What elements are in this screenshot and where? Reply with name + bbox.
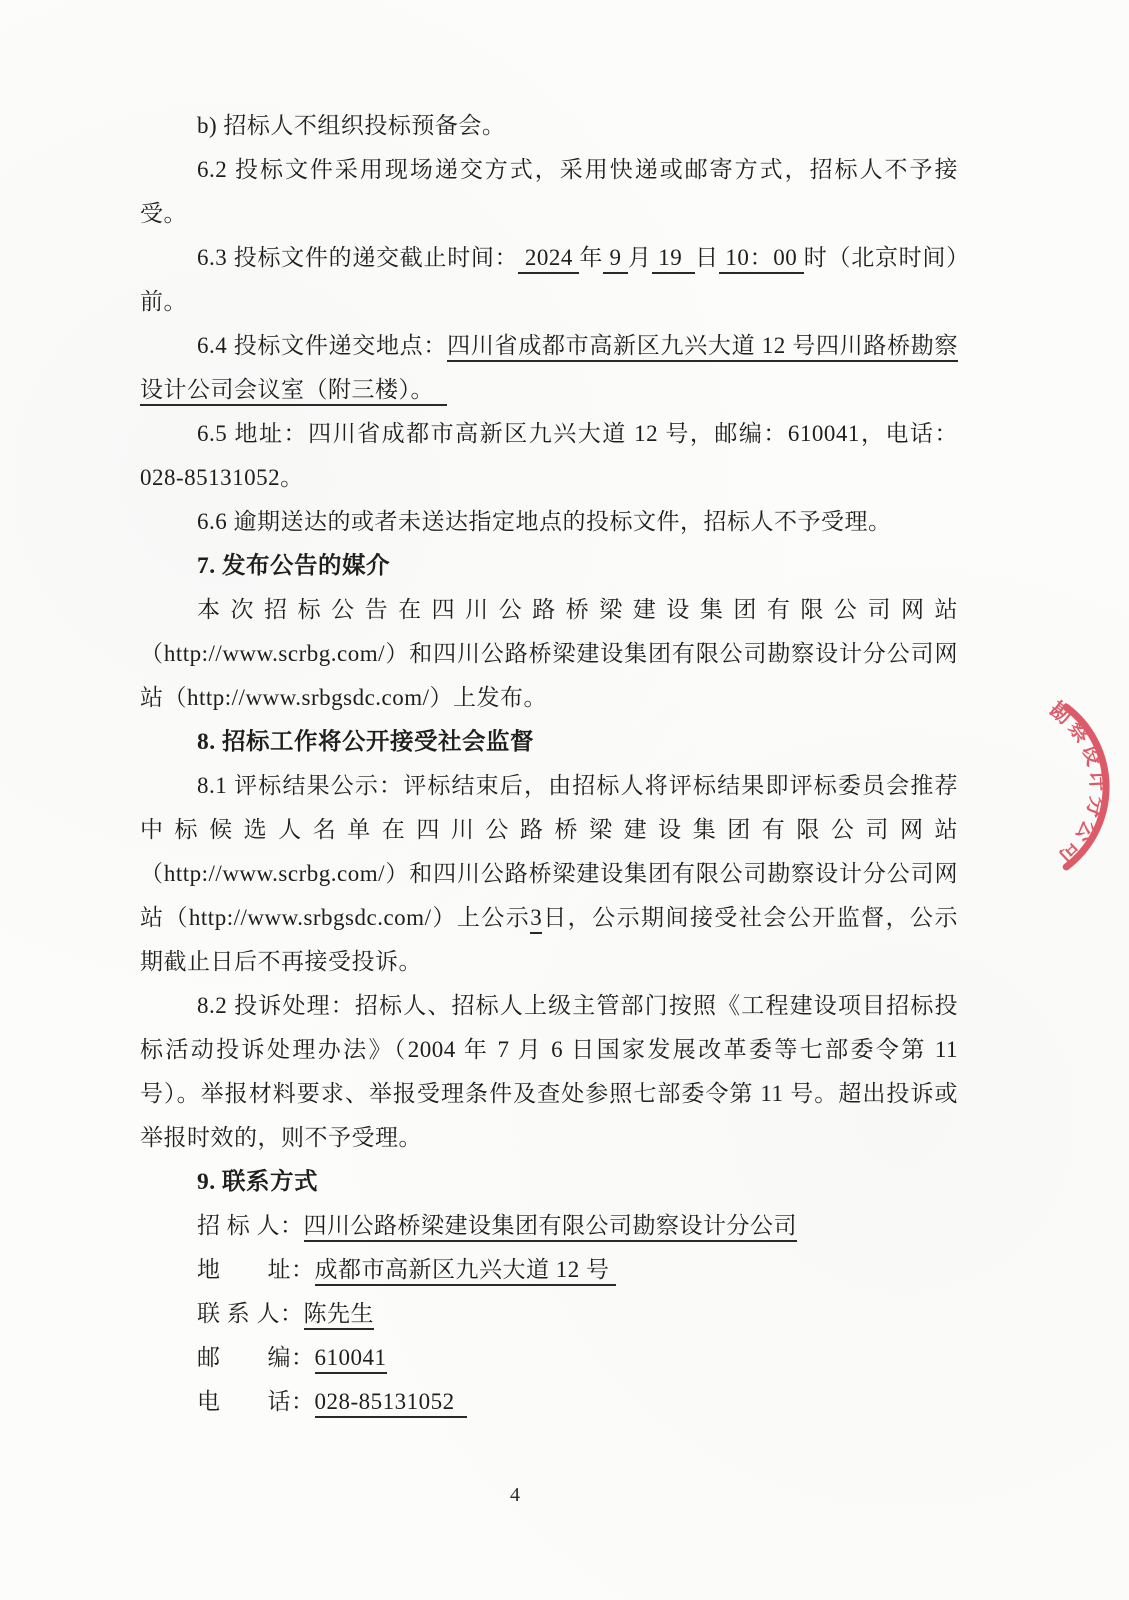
clause-7-body: 本次招标公告在四川公路桥梁建设集团有限公司网站（http://www.scrbg… (140, 588, 958, 720)
document-page: { "page_number": "4", "seal": { "text": … (0, 0, 1129, 1600)
section-9-heading: 9. 联系方式 (140, 1160, 958, 1204)
page-number: 4 (460, 1484, 570, 1507)
text-run: 9. 联系方式 (197, 1169, 318, 1195)
contact-address: 地 址：成都市高新区九兴大道 12 号 (197, 1248, 958, 1292)
text-run: 年 (579, 245, 603, 270)
section-7-heading: 7. 发布公告的媒介 (140, 544, 958, 588)
clause-6-4: 6.4 投标文件递交地点：四川省成都市高新区九兴大道 12 号四川路桥勘察设计公… (140, 324, 958, 412)
contact-label: 电 话： (197, 1389, 315, 1414)
contact-phone: 电 话：028-85131052 (197, 1380, 958, 1424)
underlined-text: 2024 (518, 245, 579, 274)
seal-border-arc (1066, 707, 1106, 867)
text-run: 月 (628, 245, 652, 270)
seal-text: 勘察设计分公司 (1045, 697, 1110, 871)
clause-6-6: 6.6 逾期送达的或者未送达指定地点的投标文件，招标人不予受理。 (140, 500, 958, 544)
text-run: b) 招标人不组织投标预备会。 (197, 113, 505, 138)
underlined-text: 19 (652, 245, 695, 274)
contact-value: 四川公路桥梁建设集团有限公司勘察设计分公司 (304, 1213, 798, 1242)
contact-value: 028-85131052 (315, 1389, 468, 1418)
text-run: 6.4 投标文件递交地点： (197, 333, 447, 358)
company-seal-stamp: 勘察设计分公司 (995, 635, 1129, 945)
document-body: b) 招标人不组织投标预备会。6.2 投标文件采用现场递交方式，采用快递或邮寄方… (140, 104, 958, 1424)
underlined-text: 9 (603, 245, 628, 274)
contact-value: 成都市高新区九兴大道 12 号 (315, 1257, 616, 1286)
clause-6-5: 6.5 地址：四川省成都市高新区九兴大道 12 号，邮编：610041，电话：0… (140, 412, 958, 500)
clause-8-2: 8.2 投诉处理：招标人、招标人上级主管部门按照《工程建设项目招标投标活动投诉处… (140, 984, 958, 1160)
contact-value: 陈先生 (304, 1301, 375, 1330)
clause-8-1: 8.1 评标结果公示：评标结束后，由招标人将评标结果即评标委员会推荐中标候选人名… (140, 764, 958, 984)
contact-tenderer: 招 标 人：四川公路桥梁建设集团有限公司勘察设计分公司 (197, 1204, 958, 1248)
contact-person: 联 系 人：陈先生 (197, 1292, 958, 1336)
text-run: 6.2 投标文件采用现场递交方式，采用快递或邮寄方式，招标人不予接受。 (140, 157, 958, 226)
text-run: 8. 招标工作将公开接受社会监督 (197, 729, 534, 755)
contact-label: 邮 编： (197, 1345, 315, 1370)
text-run: 6.3 投标文件的递交截止时间： (197, 245, 518, 270)
contact-label: 联 系 人： (197, 1301, 304, 1326)
clause-6-3: 6.3 投标文件的递交截止时间： 2024 年 9 月 19 日 10：00 时… (140, 236, 958, 324)
clause-6-1-b: b) 招标人不组织投标预备会。 (140, 104, 958, 148)
contact-postcode: 邮 编：610041 (197, 1336, 958, 1380)
section-8-heading: 8. 招标工作将公开接受社会监督 (140, 720, 958, 764)
text-run: 6.5 地址：四川省成都市高新区九兴大道 12 号，邮编：610041，电话：0… (140, 421, 958, 490)
underlined-text: 3 (530, 905, 542, 934)
text-run: 本次招标公告在四川公路桥梁建设集团有限公司网站（http://www.scrbg… (140, 597, 958, 710)
underlined-text: 10：00 (719, 245, 804, 274)
contact-value: 610041 (315, 1345, 387, 1374)
clause-6-2: 6.2 投标文件采用现场递交方式，采用快递或邮寄方式，招标人不予接受。 (140, 148, 958, 236)
text-run: 7. 发布公告的媒介 (197, 553, 390, 579)
contact-label: 招 标 人： (197, 1213, 304, 1238)
text-run: 8.2 投诉处理：招标人、招标人上级主管部门按照《工程建设项目招标投标活动投诉处… (140, 993, 958, 1150)
text-run: 日 (695, 245, 719, 270)
contact-label: 地 址： (197, 1257, 315, 1282)
text-run: 6.6 逾期送达的或者未送达指定地点的投标文件，招标人不予受理。 (197, 509, 892, 534)
